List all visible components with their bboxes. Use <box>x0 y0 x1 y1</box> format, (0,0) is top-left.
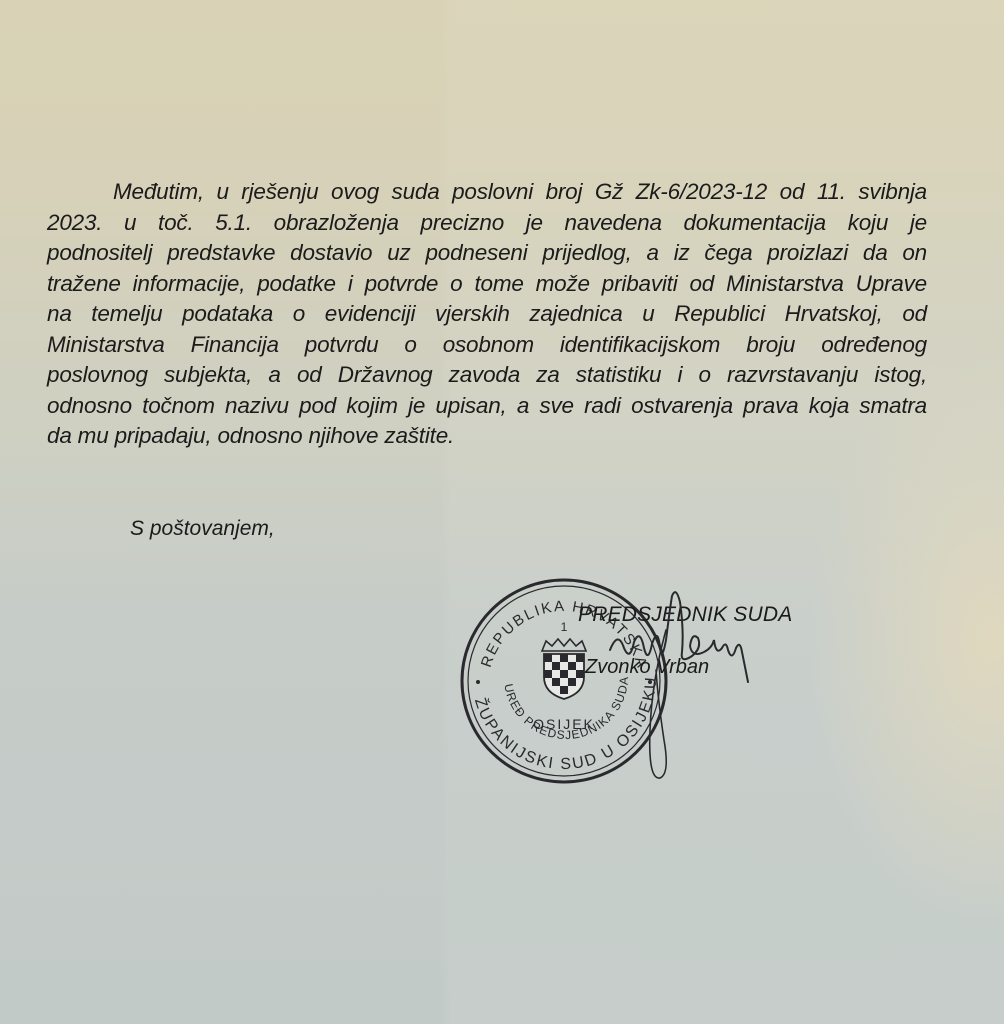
stamp-city-text: OSIJEK <box>533 716 595 732</box>
handwritten-signature <box>600 590 810 790</box>
paragraph-line: tražene informacije, podatke i potvrde o… <box>47 269 927 300</box>
paragraph-line: da mu pripadaju, odnosno njihove zaštite… <box>47 421 927 452</box>
paragraph-line: 2023. u toč. 5.1. obrazloženja precizno … <box>47 208 927 239</box>
stamp-number-text: 1 <box>561 620 568 634</box>
paragraph-line: odnosno točnom nazivu pod kojim je upisa… <box>47 391 927 422</box>
paragraph-line: podnositelj predstavke dostavio uz podne… <box>47 238 927 269</box>
paragraph-line: na temelju podataka o evidenciji vjerski… <box>47 299 927 330</box>
paragraph-line: Međutim, u rješenju ovog suda poslovni b… <box>47 177 927 208</box>
paragraph-line: poslovnog subjekta, a od Državnog zavoda… <box>47 360 927 391</box>
paragraph-line: Ministarstva Financija potvrdu o osobnom… <box>47 330 927 361</box>
paper-shading <box>0 0 1004 1024</box>
closing-salutation: S poštovanjem, <box>130 517 275 541</box>
croatian-coat-of-arms-icon <box>542 639 586 699</box>
letter-paragraph: Međutim, u rješenju ovog suda poslovni b… <box>47 177 927 452</box>
